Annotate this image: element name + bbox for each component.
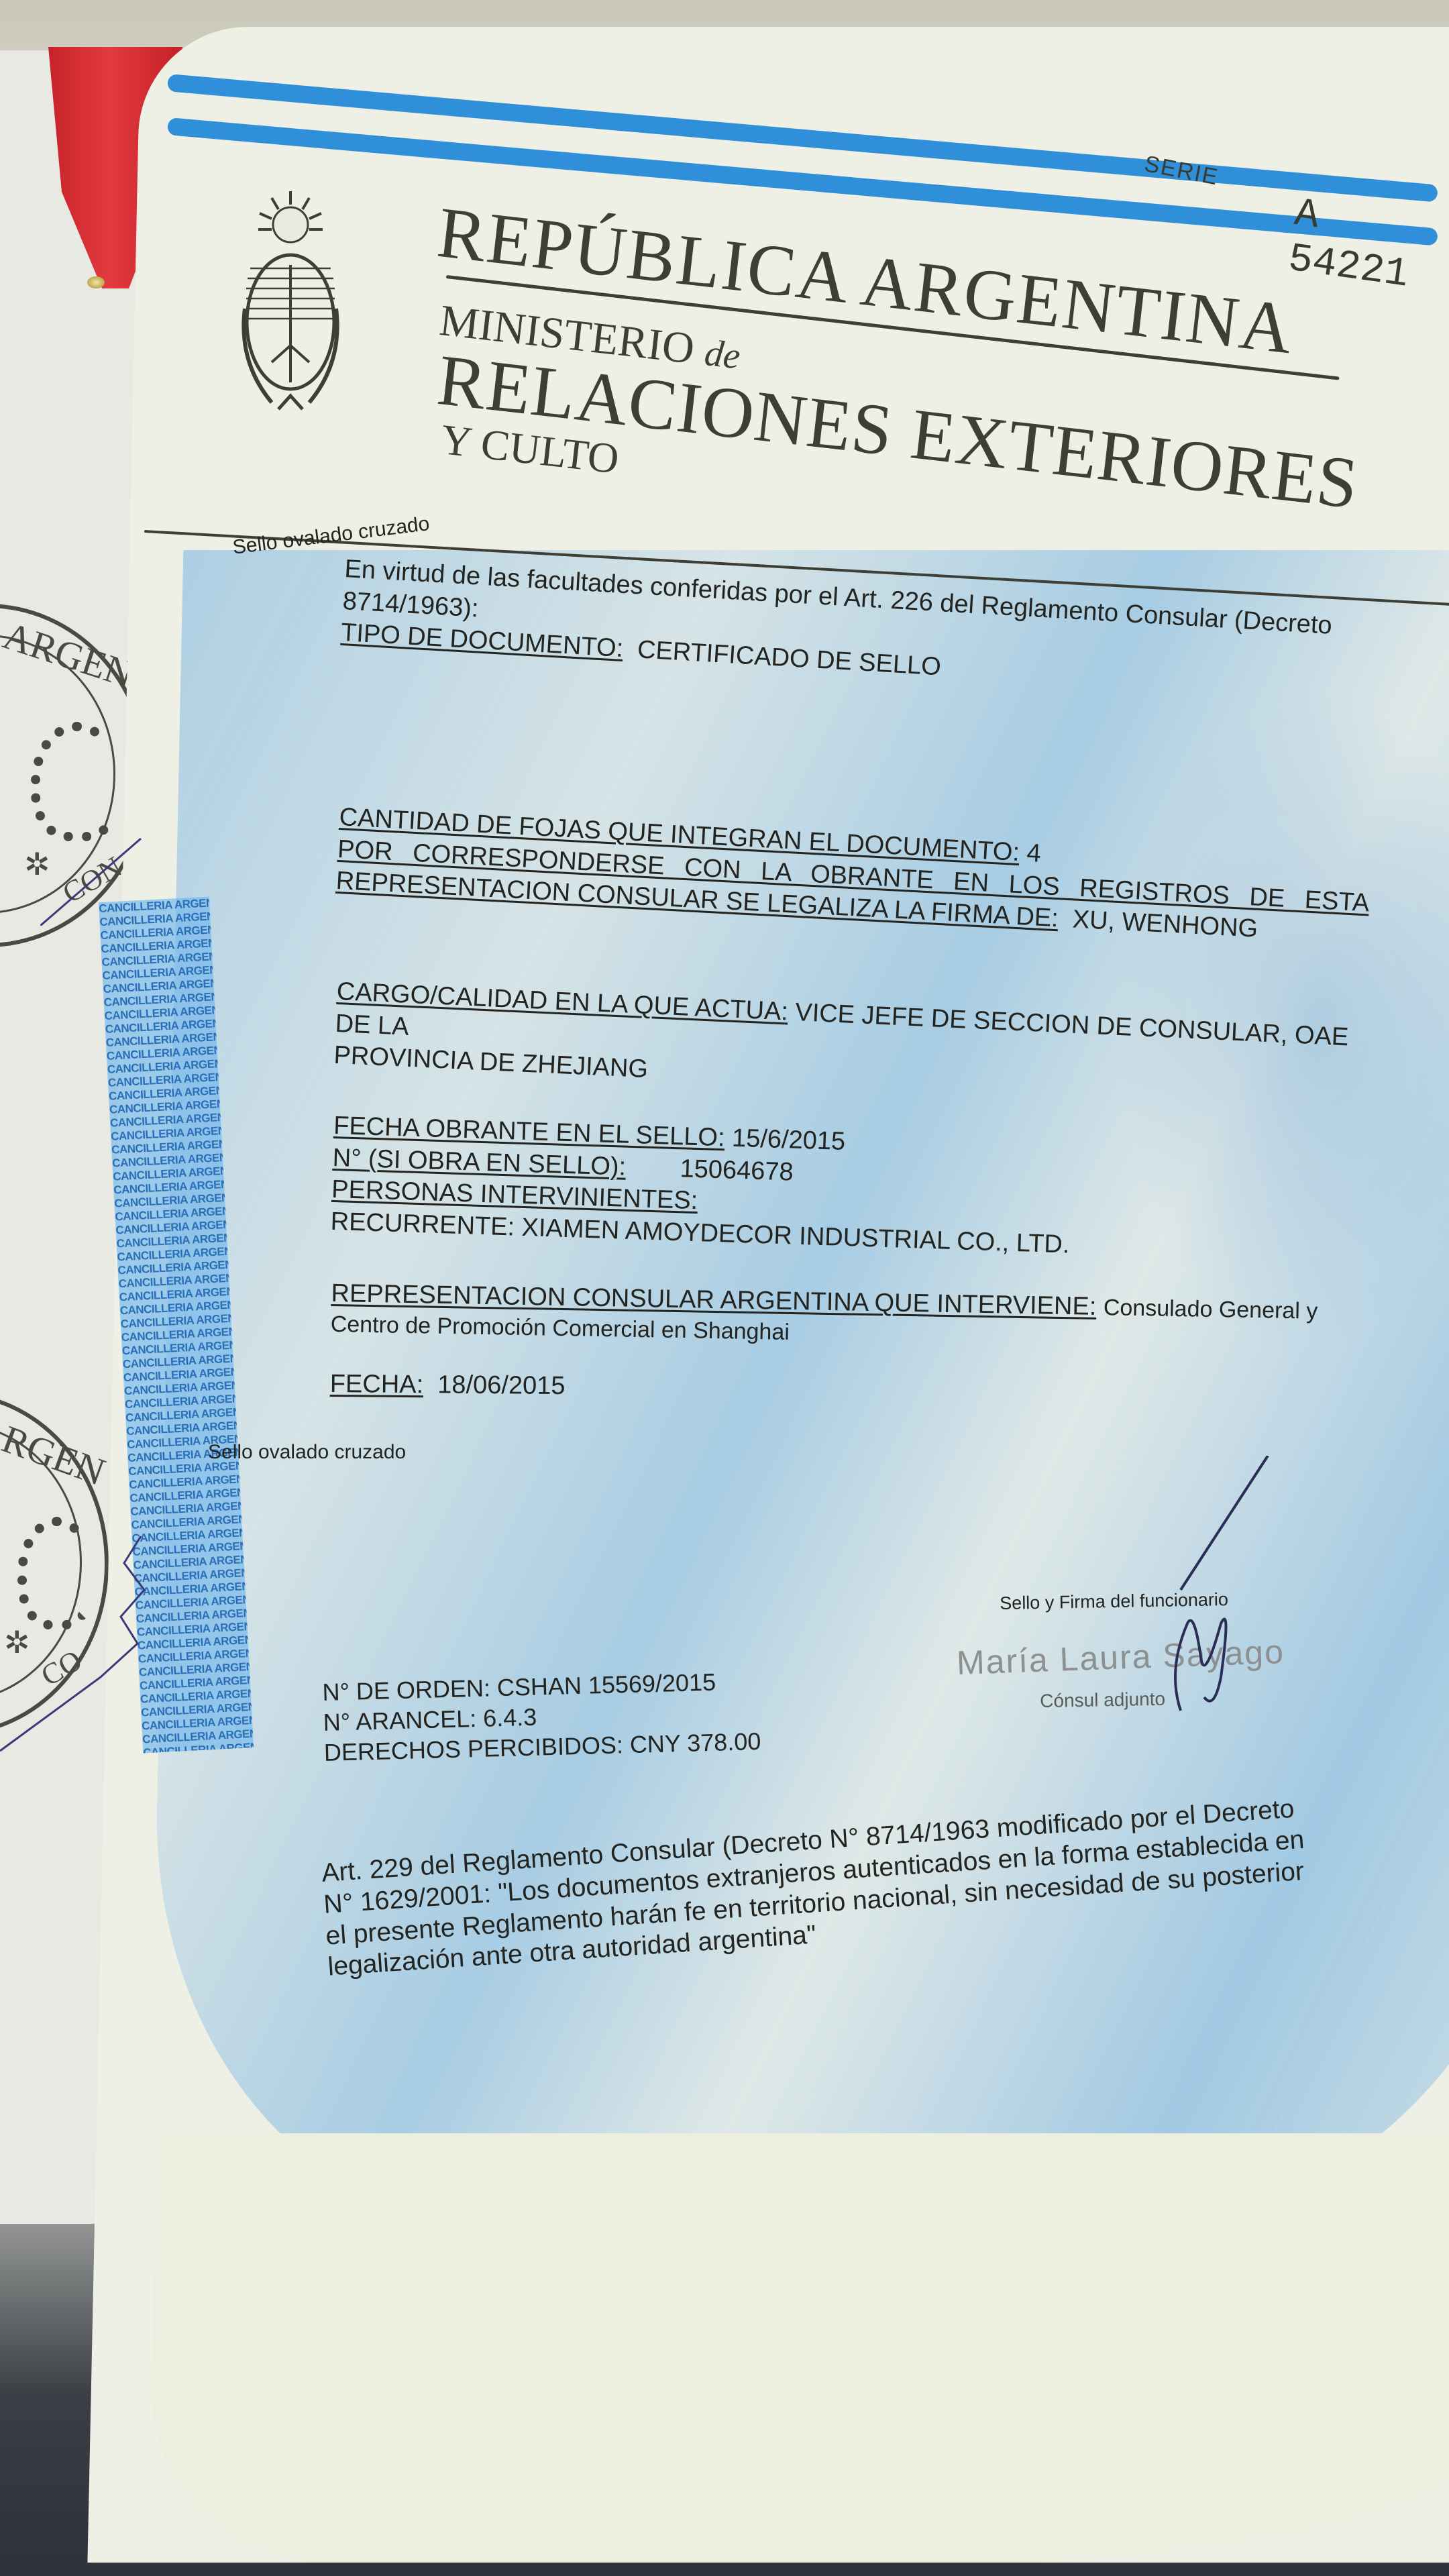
sheet-bottom bbox=[148, 2133, 1449, 2563]
orden-block: N° DE ORDEN: CSHAN 15569/2015 N° ARANCEL… bbox=[322, 1666, 761, 1768]
numero-sello-value: 15064678 bbox=[680, 1155, 794, 1186]
profile-emblem-icon bbox=[31, 722, 123, 841]
pen-cross-stroke bbox=[0, 1509, 215, 1764]
pen-cross-stroke-top bbox=[40, 832, 148, 926]
fecha-row: FECHA: 18/06/2015 bbox=[330, 1368, 566, 1403]
stamp-note-bottom: Sello ovalado cruzado bbox=[208, 1441, 406, 1464]
handwritten-signature bbox=[1087, 1456, 1288, 1724]
coat-of-arms-icon bbox=[231, 188, 349, 423]
fecha-sello-value: 15/6/2015 bbox=[731, 1124, 845, 1156]
representacion-value-1: Consulado General y bbox=[1104, 1295, 1318, 1324]
fecha-value: 18/06/2015 bbox=[437, 1371, 566, 1400]
fojas-value: 4 bbox=[1026, 839, 1041, 868]
fecha-label: FECHA: bbox=[330, 1370, 424, 1399]
ribbon-grommet bbox=[87, 276, 105, 288]
